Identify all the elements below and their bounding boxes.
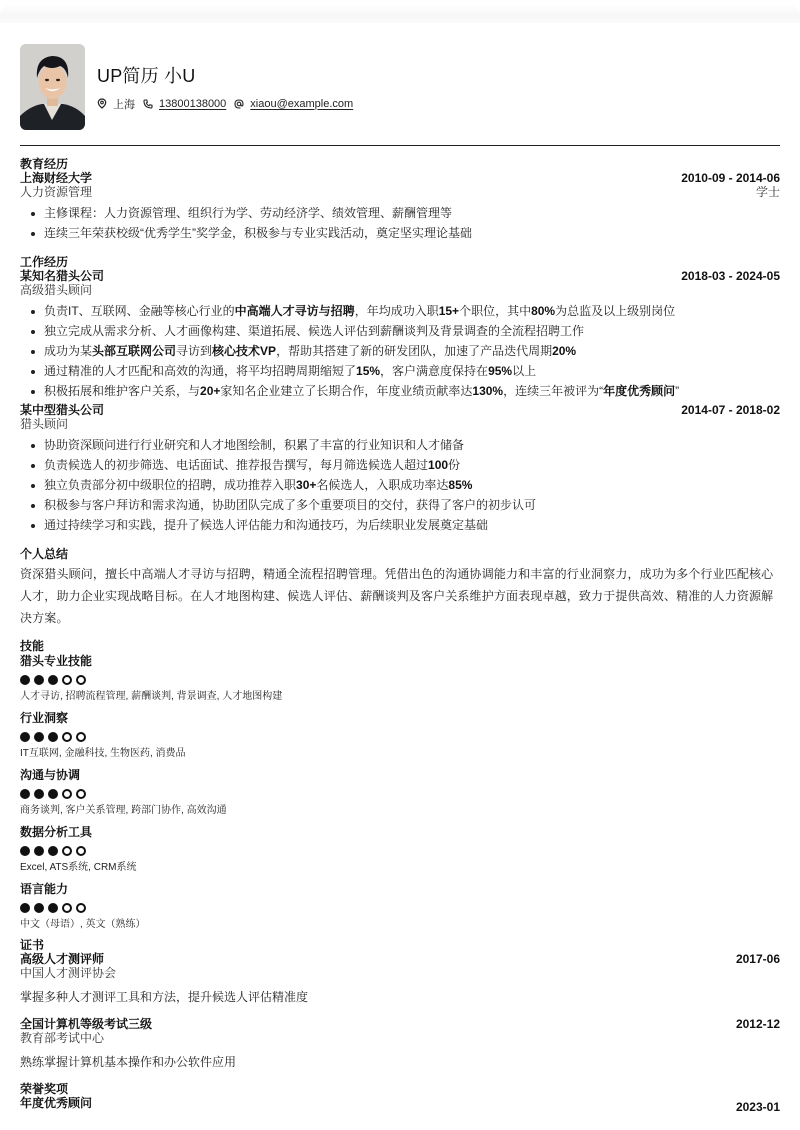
entry-header: 上海财经大学 2010-09 - 2014-06: [20, 171, 780, 185]
filled-dot-icon: [48, 903, 58, 913]
skills-list: 猎头专业技能人才寻访, 招聘流程管理, 薪酬谈判, 背景调查, 人才地图构建行业…: [20, 653, 780, 932]
email-link[interactable]: xiaou@example.com: [250, 98, 353, 110]
filled-dot-icon: [34, 675, 44, 685]
at-sign-icon: [234, 99, 244, 109]
phone-icon: [143, 99, 153, 109]
empty-dot-icon: [62, 903, 72, 913]
empty-dot-icon: [62, 732, 72, 742]
skill-keywords: Excel, ATS系统, CRM系统: [20, 861, 780, 875]
work-bullets: 协助资深顾问进行行业研究和人才地图绘制，积累了丰富的行业知识和人才储备负责候选人…: [20, 435, 780, 535]
empty-dot-icon: [76, 903, 86, 913]
filled-dot-icon: [48, 789, 58, 799]
bullet-item: 通过持续学习和实践，提升了候选人评估能力和沟通技巧，为后续职业发展奠定基础: [20, 515, 780, 535]
skills-section: 技能 猎头专业技能人才寻访, 招聘流程管理, 薪酬谈判, 背景调查, 人才地图构…: [20, 639, 780, 932]
filled-dot-icon: [34, 789, 44, 799]
skill-entry: 语言能力中文（母语）, 英文（熟练）: [20, 881, 780, 932]
entry-header: 某知名猎头公司 2018-03 - 2024-05: [20, 269, 780, 283]
skill-name: 数据分析工具: [20, 824, 780, 840]
summary-text: 资深猎头顾问，擅长中高端人才寻访与招聘，精通全流程招聘管理。凭借出色的沟通协调能…: [20, 563, 780, 629]
certificate-name: 高级人才测评师: [20, 952, 104, 966]
empty-dot-icon: [76, 732, 86, 742]
entry-date: 2012-12: [736, 1017, 780, 1031]
bullet-item: 连续三年荣获校级“优秀学生”奖学金，积极参与专业实践活动，奠定坚实理论基础: [20, 223, 780, 243]
bullet-item: 积极拓展和维护客户关系，与20+家知名企业建立了长期合作，年度业绩贡献率达130…: [20, 381, 780, 401]
award-entry: 年度优秀顾问 2023-01: [20, 1096, 780, 1110]
skill-name: 语言能力: [20, 881, 780, 897]
filled-dot-icon: [48, 846, 58, 856]
entry-date: 2017-06: [736, 952, 780, 966]
section-title-certificates: 证书: [20, 938, 780, 952]
education-section: 教育经历 上海财经大学 2010-09 - 2014-06 人力资源管理 学士 …: [20, 157, 780, 243]
skill-entry: 猎头专业技能人才寻访, 招聘流程管理, 薪酬谈判, 背景调查, 人才地图构建: [20, 653, 780, 704]
certificate-entry: 全国计算机等级考试三级 2012-12 教育部考试中心 熟练掌握计算机基本操作和…: [20, 1017, 780, 1070]
skill-entry: 行业洞察IT互联网, 金融科技, 生物医药, 消费品: [20, 710, 780, 761]
filled-dot-icon: [20, 789, 30, 799]
work-bullets: 负责IT、互联网、金融等核心行业的中高端人才寻访与招聘，年均成功入职15+个职位…: [20, 301, 780, 401]
section-title-education: 教育经历: [20, 157, 780, 171]
entry-subtitle: 人力资源管理 学士: [20, 185, 780, 199]
entry-date: 2023-01: [736, 1100, 780, 1114]
entry-date: 2014-07 - 2018-02: [681, 403, 780, 417]
summary-section: 个人总结 资深猎头顾问，擅长中高端人才寻访与招聘，精通全流程招聘管理。凭借出色的…: [20, 547, 780, 629]
location: 上海: [97, 96, 135, 112]
candidate-name: UP简历 小U: [97, 65, 361, 87]
profile-photo-icon: [20, 44, 85, 130]
awards-section: 荣誉奖项 年度优秀顾问 2023-01: [20, 1082, 780, 1110]
bullet-item: 通过精准的人才匹配和高效的沟通，将平均招聘周期缩短了15%，客户满意度保持在95…: [20, 361, 780, 381]
filled-dot-icon: [34, 903, 44, 913]
filled-dot-icon: [48, 675, 58, 685]
bullet-item: 负责IT、互联网、金融等核心行业的中高端人才寻访与招聘，年均成功入职15+个职位…: [20, 301, 780, 321]
empty-dot-icon: [62, 789, 72, 799]
entry-subtitle: 猎头顾问: [20, 417, 780, 431]
position: 高级猎头顾问: [20, 283, 92, 297]
issuer: 中国人才测评协会: [20, 966, 116, 980]
major: 人力资源管理: [20, 185, 92, 199]
education-bullets: 主修课程：人力资源管理、组织行为学、劳动经济学、绩效管理、薪酬管理等 连续三年荣…: [20, 203, 780, 243]
section-title-work: 工作经历: [20, 255, 780, 269]
skill-keywords: 商务谈判, 客户关系管理, 跨部门协作, 高效沟通: [20, 804, 780, 818]
bullet-item: 协助资深顾问进行行业研究和人才地图绘制，积累了丰富的行业知识和人才储备: [20, 435, 780, 455]
filled-dot-icon: [20, 675, 30, 685]
bullet-item: 积极参与客户拜访和需求沟通，协助团队完成了多个重要项目的交付，获得了客户的初步认…: [20, 495, 780, 515]
skill-keywords: 人才寻访, 招聘流程管理, 薪酬谈判, 背景调查, 人才地图构建: [20, 690, 780, 704]
position: 猎头顾问: [20, 417, 68, 431]
skill-level-rating: [20, 732, 780, 742]
contact-row: 上海 13800138000 xiaou@example.com: [97, 96, 361, 112]
certificate-description: 掌握多种人才测评工具和方法，提升候选人评估精准度: [20, 989, 780, 1005]
entry-header: 某中型猎头公司 2014-07 - 2018-02: [20, 403, 780, 417]
entry-date: 2018-03 - 2024-05: [681, 269, 780, 283]
phone[interactable]: 13800138000: [143, 98, 226, 110]
filled-dot-icon: [34, 732, 44, 742]
entry-header: 高级人才测评师 2017-06: [20, 952, 780, 966]
degree: 学士: [756, 185, 780, 199]
certificate-description: 熟练掌握计算机基本操作和办公软件应用: [20, 1054, 780, 1070]
company-name: 某知名猎头公司: [20, 269, 104, 283]
certificate-entry: 高级人才测评师 2017-06 中国人才测评协会 掌握多种人才测评工具和方法，提…: [20, 952, 780, 1005]
resume-header: UP简历 小U 上海 13800138000: [20, 44, 780, 130]
skill-name: 行业洞察: [20, 710, 780, 726]
certificate-issuer: 中国人才测评协会: [20, 966, 780, 980]
avatar: [20, 44, 85, 130]
section-title-skills: 技能: [20, 639, 780, 653]
bullet-item: 负责候选人的初步筛选、电话面试、推荐报告撰写，每月筛选候选人超过100份: [20, 455, 780, 475]
skill-entry: 沟通与协调商务谈判, 客户关系管理, 跨部门协作, 高效沟通: [20, 767, 780, 818]
work-section: 工作经历 某知名猎头公司 2018-03 - 2024-05 高级猎头顾问 负责…: [20, 255, 780, 535]
award-name: 年度优秀顾问: [20, 1096, 92, 1110]
resume-page: UP简历 小U 上海 13800138000: [20, 44, 780, 1110]
empty-dot-icon: [62, 846, 72, 856]
school-name: 上海财经大学: [20, 171, 92, 185]
location-pin-icon: [97, 98, 107, 109]
filled-dot-icon: [20, 732, 30, 742]
bullet-item: 成功为某头部互联网公司寻访到核心技术VP，帮助其搭建了新的研发团队，加速了产品迭…: [20, 341, 780, 361]
empty-dot-icon: [76, 789, 86, 799]
skill-keywords: 中文（母语）, 英文（熟练）: [20, 918, 780, 932]
skill-keywords: IT互联网, 金融科技, 生物医药, 消费品: [20, 747, 780, 761]
filled-dot-icon: [34, 846, 44, 856]
empty-dot-icon: [62, 675, 72, 685]
header-info: UP简历 小U 上海 13800138000: [97, 63, 361, 112]
company-name: 某中型猎头公司: [20, 403, 104, 417]
skill-level-rating: [20, 789, 780, 799]
header-divider: [20, 145, 780, 146]
skill-name: 猎头专业技能: [20, 653, 780, 669]
location-text: 上海: [113, 96, 135, 112]
empty-dot-icon: [76, 846, 86, 856]
filled-dot-icon: [48, 732, 58, 742]
education-entry: 上海财经大学 2010-09 - 2014-06 人力资源管理 学士 主修课程：…: [20, 171, 780, 243]
section-title-summary: 个人总结: [20, 547, 780, 561]
skill-level-rating: [20, 846, 780, 856]
skill-level-rating: [20, 675, 780, 685]
entry-header: 全国计算机等级考试三级 2012-12: [20, 1017, 780, 1031]
entry-date: 2010-09 - 2014-06: [681, 171, 780, 185]
issuer: 教育部考试中心: [20, 1031, 104, 1045]
phone-link[interactable]: 13800138000: [159, 98, 226, 110]
section-title-awards: 荣誉奖项: [20, 1082, 780, 1096]
email[interactable]: xiaou@example.com: [234, 98, 353, 110]
entry-subtitle: 高级猎头顾问: [20, 283, 780, 297]
bullet-item: 主修课程：人力资源管理、组织行为学、劳动经济学、绩效管理、薪酬管理等: [20, 203, 780, 223]
top-band: [0, 4, 800, 23]
filled-dot-icon: [20, 903, 30, 913]
work-entry: 某知名猎头公司 2018-03 - 2024-05 高级猎头顾问 负责IT、互联…: [20, 269, 780, 401]
filled-dot-icon: [20, 846, 30, 856]
certificates-section: 证书 高级人才测评师 2017-06 中国人才测评协会 掌握多种人才测评工具和方…: [20, 938, 780, 1070]
work-entry: 某中型猎头公司 2014-07 - 2018-02 猎头顾问 协助资深顾问进行行…: [20, 403, 780, 535]
skill-name: 沟通与协调: [20, 767, 780, 783]
certificate-name: 全国计算机等级考试三级: [20, 1017, 152, 1031]
empty-dot-icon: [76, 675, 86, 685]
bullet-item: 独立负责部分初中级职位的招聘，成功推荐入职30+名候选人，入职成功率达85%: [20, 475, 780, 495]
skill-level-rating: [20, 903, 780, 913]
certificate-issuer: 教育部考试中心: [20, 1031, 780, 1045]
skill-entry: 数据分析工具Excel, ATS系统, CRM系统: [20, 824, 780, 875]
bullet-item: 独立完成从需求分析、人才画像构建、渠道拓展、候选人评估到薪酬谈判及背景调查的全流…: [20, 321, 780, 341]
